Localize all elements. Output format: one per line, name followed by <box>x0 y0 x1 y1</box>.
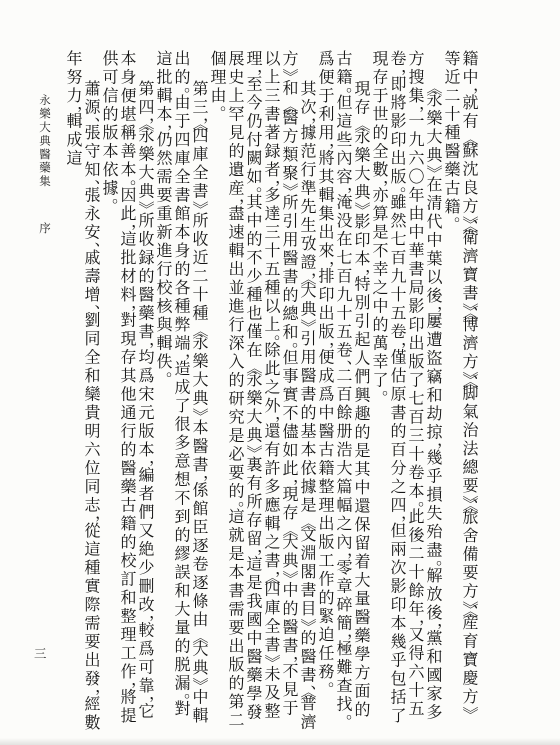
body-text: 籍中，就有《蘇沈良方》、《衛濟寶書》、《博濟方》、《脚氣治法總要》、《旅舍備要方… <box>64 50 478 734</box>
paragraph: 第四，《永樂大典》所收録的醫藥書，均爲宋元版本，編者們又絶少刪改，較爲可靠，它本… <box>100 50 154 734</box>
paragraph: 現存《永樂大典》影印本，特別引起人們興趣的是其中還保留着大量醫藥學方面的古籍。但… <box>316 50 370 734</box>
book-page: 籍中，就有《蘇沈良方》、《衛濟寶書》、《博濟方》、《脚氣治法總要》、《旅舍備要方… <box>0 0 560 745</box>
running-header: 永樂大典醫藥集 序 <box>38 94 52 235</box>
paragraph: 第三，《四庫全書》所收近二十種《永樂大典》本醫書，係館臣逐卷逐條由《大典》中輯出… <box>154 50 208 734</box>
paragraph: 其次，據范行準先生攷證，《大典》引用醫書的基本依據是《文淵閣書目》的醫書、《普濟… <box>208 50 316 734</box>
scan-edge-shadow <box>0 738 560 745</box>
paragraph: 蕭源、張守知、張永安、戚壽增、劉同全和欒貴明六位同志，從這種實際需要出發，經數年… <box>64 50 100 734</box>
section-label: 序 <box>38 222 52 236</box>
paragraph: 《永樂大典》在清代中葉以後，屢遭盜竊和劫掠，幾乎損失殆盡。解放後，黨和國家多方搜… <box>370 50 442 734</box>
page-number: 三 <box>34 644 48 662</box>
paragraph: 籍中，就有《蘇沈良方》、《衛濟寶書》、《博濟方》、《脚氣治法總要》、《旅舍備要方… <box>442 50 478 734</box>
book-title: 永樂大典醫藥集 <box>38 94 52 189</box>
